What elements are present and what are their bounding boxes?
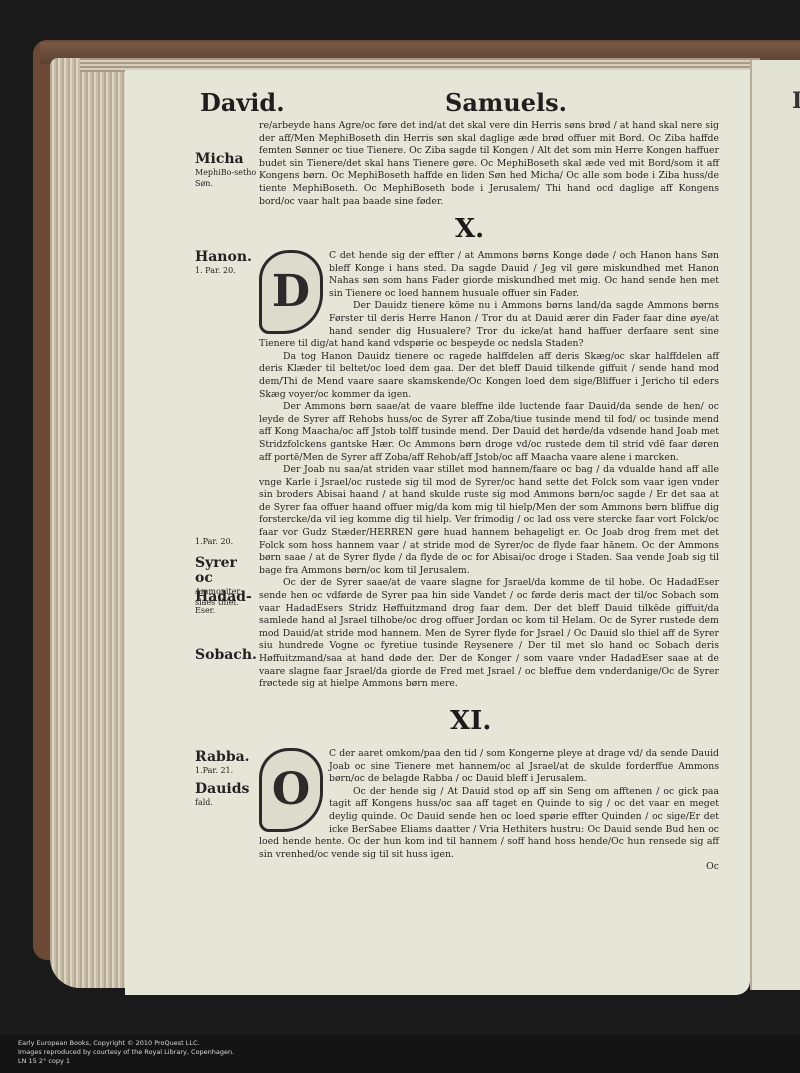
catchword: Oc: [259, 861, 719, 874]
margin-note-hadad: Hadad- Eser.: [195, 590, 257, 616]
initial-letter-wrapper: O: [259, 748, 329, 834]
margin-note-micha: Micha MephiBo-setho Søn.: [195, 152, 257, 189]
footer-line-copyright: Early European Books, Copyright © 2010 P…: [18, 1039, 234, 1048]
footer-line-shelfmark: LN 15 2° copy 1: [18, 1057, 234, 1066]
margin-note-dauids-fald: Dauids fald.: [195, 782, 257, 808]
paragraph: Oc der de Syrer saae/at de vaare slagne …: [259, 577, 719, 690]
page-edges-left: [50, 58, 128, 988]
paragraph: re/arbeyde hans Agre/oc føre det ind/at …: [259, 120, 719, 208]
chapter-heading-x: X.: [455, 214, 484, 244]
paragraph: Der Joab nu saa/at striden vaar stillet …: [259, 464, 719, 577]
book-page: David. Samuels. re/arbeyde hans Agre/oc …: [125, 70, 750, 995]
chapter-heading-xi: XI.: [450, 706, 491, 736]
running-head: David. Samuels.: [200, 88, 710, 122]
paragraph: Da tog Hanon Dauidz tienere oc ragede ha…: [259, 351, 719, 401]
margin-note-rabba: Rabba. 1.Par. 21.: [195, 750, 257, 776]
initial-letter-wrapper: D: [259, 250, 329, 336]
chapter-xi-body: O C der aaret omkom/paa den tid / som Ko…: [259, 748, 719, 874]
copyright-footer: Early European Books, Copyright © 2010 P…: [18, 1039, 234, 1066]
paragraph: Der Ammons børn saae/at de vaare bleffne…: [259, 401, 719, 464]
chapter-x-body: D C det hende sig der effter / at Ammons…: [259, 250, 719, 691]
text-top-section: re/arbeyde hans Agre/oc føre det ind/at …: [259, 120, 719, 208]
margin-note-hanon: Hanon. 1. Par. 20.: [195, 250, 257, 276]
footer-line-courtesy: Images reproduced by courtesy of the Roy…: [18, 1048, 234, 1057]
running-head-center: Samuels.: [445, 88, 567, 117]
facing-page: D: [750, 60, 800, 990]
decorated-initial-o: O: [259, 748, 323, 832]
margin-note-sobach: Sobach.: [195, 648, 257, 663]
running-head-left: David.: [200, 88, 285, 117]
margin-note-par20: 1.Par. 20.: [195, 536, 257, 547]
facing-page-heading: D: [792, 88, 800, 114]
decorated-initial-d: D: [259, 250, 323, 334]
